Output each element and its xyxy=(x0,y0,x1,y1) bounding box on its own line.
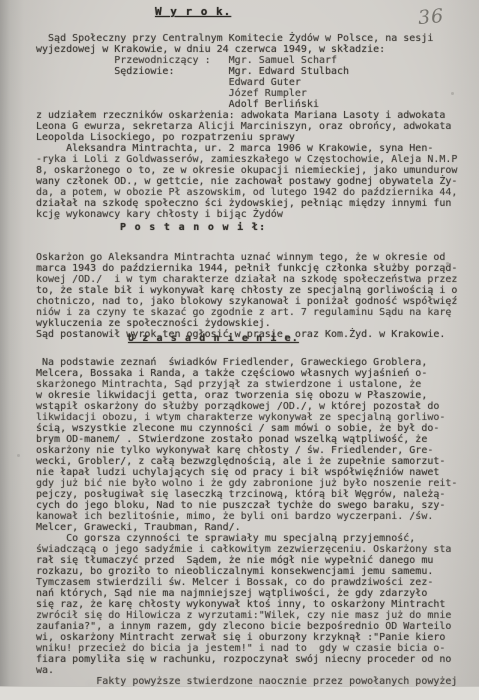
text-line: wi, oskarżony Mintracht zerwał się i obu… xyxy=(36,632,457,643)
text-line: świadczącą o jego sadyźmie i całkowitym … xyxy=(36,544,457,555)
text-line: Tymczasem stwierdzili św. Melcer i Bossa… xyxy=(36,577,457,588)
text-line: Leopolda Lisockiego, po rozpatrzeniu spr… xyxy=(36,132,457,143)
text-line: da, a potem, w obozie Pł aszowskim, od l… xyxy=(36,187,457,198)
text-line: Adolf Berliński xyxy=(36,99,457,110)
scanned-page: W y r o k. 36 Sąd Społeczny przy Central… xyxy=(0,0,479,700)
text-line: cych do jego bloku, Nad to nie puszczał … xyxy=(36,500,457,511)
text-line: w okresie likwidacji getta, oraz tworzen… xyxy=(36,390,457,401)
text-line: z udziałem rzeczników oskarżenia: adwoka… xyxy=(36,110,457,121)
text-line: ścią, wszystkie zlecone mu czynności / s… xyxy=(36,423,457,434)
text-line: Przewodniczący : Mgr. Samuel Scharf xyxy=(36,55,457,66)
text-line: kcję wykonawcy kary chłosty i bijąc Żydó… xyxy=(36,209,457,220)
text-line: Leona G ewurza, sekretarza Alicji Marcin… xyxy=(36,121,457,132)
text-line: wany członek OD., w gettcie, nie zachowa… xyxy=(36,176,457,187)
text-line: wecki, Grobler/, z całą bezwzględnością,… xyxy=(36,456,457,467)
text-line: nań których, Sąd nie ma najmniejszej wąt… xyxy=(36,588,457,599)
text-line: Edward Guter xyxy=(36,77,457,88)
text-line: oskarżony nie tylko wykonywał karę chłos… xyxy=(36,445,457,456)
text-line: to, że stale bił i wykonywał karę chłost… xyxy=(36,285,457,296)
handwritten-page-number: 36 xyxy=(417,5,445,29)
justification-text-block: Na podstawie zeznań świadków Friedlender… xyxy=(36,357,457,687)
document-title: W y r o k. xyxy=(155,5,231,18)
text-line: Józef Rumpler xyxy=(36,88,457,99)
text-line: likwidacji obozu, i wtym charakterze wyk… xyxy=(36,412,457,423)
text-line: niów i za czyny te skazać go zgodnie z a… xyxy=(36,307,457,318)
text-line: Aleksandra Mintrachta, ur. 2 marca 1906 … xyxy=(36,143,457,154)
text-line: się raz, że karę chłosty wykonywał ktoś … xyxy=(36,599,457,610)
text-line: kowej /OD./ i w tym charakterze działał … xyxy=(36,274,457,285)
text-line: Na podstawie zeznań świadków Friedlender… xyxy=(36,357,457,368)
text-line: 8, oskarżonego o to, ze w okresie okupac… xyxy=(36,165,457,176)
text-line: wa. xyxy=(36,665,457,676)
text-line: wstąpił oskarżony do służby porządkowej … xyxy=(36,401,457,412)
text-line: gdy już bić nie było wolno i że gdy zabr… xyxy=(36,478,457,489)
justification-heading: U z a s a d n i e n i e. xyxy=(128,333,299,344)
text-line: Co gorsza czynności te sprawiały mu spec… xyxy=(36,533,457,544)
scan-bottom-edge xyxy=(0,686,479,700)
text-line: działał na szkodę społeczno ści żydowski… xyxy=(36,198,457,209)
text-line: fiara pomyliła się w rachunku, rozpoczyn… xyxy=(36,654,457,665)
text-line: chotniczo, nad to, jako blokowy szykanow… xyxy=(36,296,457,307)
ruling-heading: P o s t a n o w i ł: xyxy=(120,222,266,233)
text-line: Sąd Społeczny przy Centralnym Komitecie … xyxy=(36,33,457,44)
text-line: brym OD-manem/ . Stwierdzone zostało pon… xyxy=(36,434,457,445)
text-line: Melcer, Grawecki, Traubman, Rand/. xyxy=(36,522,457,533)
preamble-text-block: Sąd Społeczny przy Centralnym Komitecie … xyxy=(36,33,457,220)
text-line: wyjezdowej w Krakowie, w dniu 24 czerwca… xyxy=(36,44,457,55)
text-line: -ryka i Loli z Goldwasserów, zamieszkałe… xyxy=(36,154,457,165)
text-line: zaufania?", a innym razem, gdy zlecono b… xyxy=(36,621,457,632)
text-line: wniku! przecież do bicia ja jestem!" i n… xyxy=(36,643,457,654)
text-line: zwrócił się do Hilowicza z wyrzutami:"Wi… xyxy=(36,610,457,621)
text-line: rozkazu, bo groziło to nieobliczalnymi k… xyxy=(36,566,457,577)
scan-artifact-speckles xyxy=(0,0,1,1)
text-line: nie łapał ludzi uchylających się od prac… xyxy=(36,467,457,478)
text-line: marca 1943 do października 1944, pełnił … xyxy=(36,263,457,274)
text-line: Melcera, Bossaka i Randa, a także części… xyxy=(36,368,457,379)
text-line: wykluczenia ze społeczności żydowskiej. xyxy=(36,318,457,329)
text-line: rał się tłumaczyć przed Sądem, że nie mó… xyxy=(36,555,457,566)
text-line: Sędziowie: Mgr. Edward Stulbach xyxy=(36,66,457,77)
text-line: kanował ich bezlitośnie, mimo, że byli o… xyxy=(36,511,457,522)
ruling-text-block: Oskarżon go Aleksandra Mintrachta uznać … xyxy=(36,252,457,340)
text-line: pejczy, posługiwał się laseczką trzcinow… xyxy=(36,489,457,500)
text-line: skarżonego Mintrachta, Sąd przyjął za st… xyxy=(36,379,457,390)
text-line: Oskarżon go Aleksandra Mintrachta uznać … xyxy=(36,252,457,263)
